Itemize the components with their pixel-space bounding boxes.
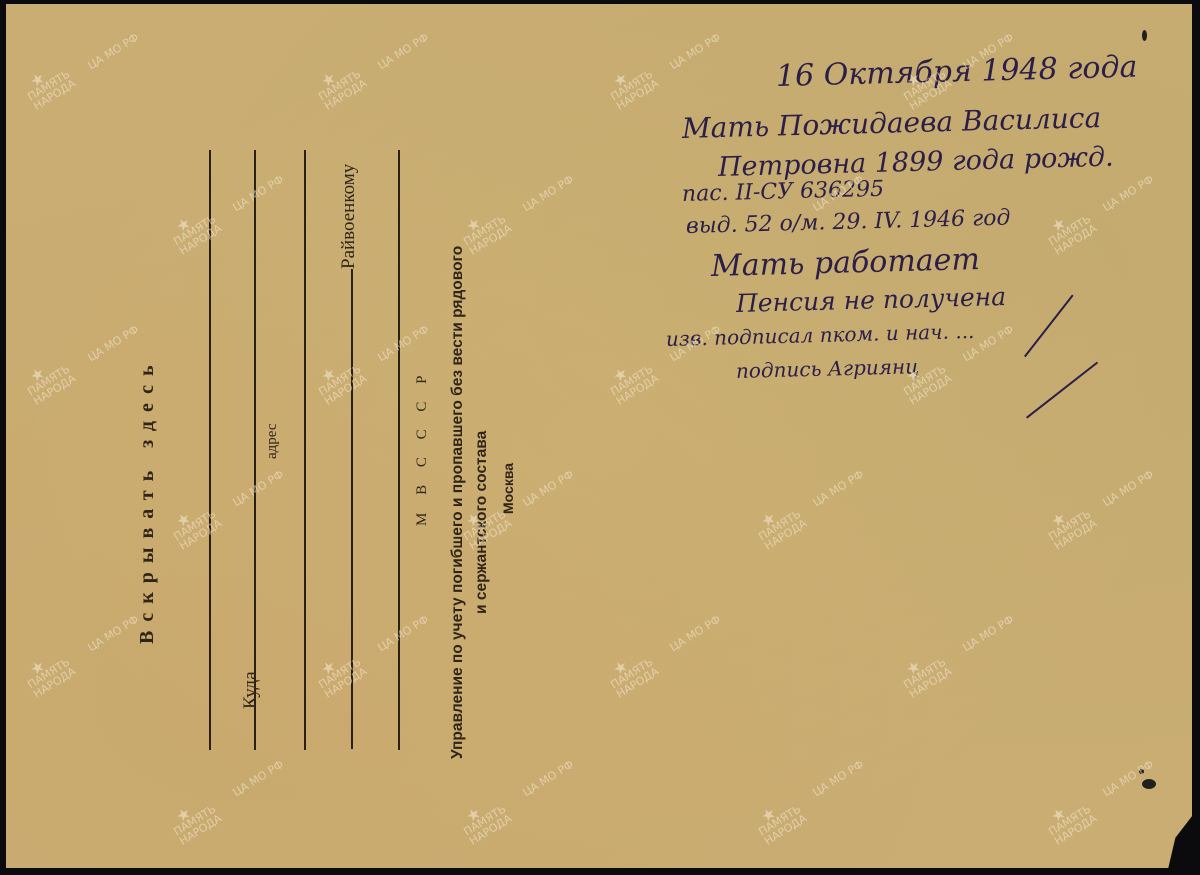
- watermark-project: ★ ПАМЯТЬ НАРОДА: [166, 794, 224, 847]
- watermark-archive: ЦА МО РФ: [961, 614, 1015, 654]
- handwritten-line-4: пас. II-СУ 636295: [682, 177, 885, 207]
- watermark-project: ★ ПАМЯТЬ НАРОДА: [20, 647, 78, 700]
- watermark-archive: ЦА МО РФ: [86, 614, 140, 654]
- ink-spot: [1139, 769, 1144, 774]
- watermark-archive: ЦА МО РФ: [811, 469, 865, 509]
- watermark-project: ★ ПАМЯТЬ НАРОДА: [311, 354, 369, 407]
- watermark-project: ★ ПАМЯТЬ НАРОДА: [20, 59, 78, 112]
- star-icon: ★: [28, 354, 65, 383]
- star-icon: ★: [319, 59, 356, 88]
- handwritten-line-5: выд. 52 о/м. 29. IV. 1946 год: [686, 206, 1011, 239]
- star-icon: ★: [611, 354, 648, 383]
- watermark-project: ★ ПАМЯТЬ НАРОДА: [603, 59, 661, 112]
- watermark-archive: ЦА МО РФ: [811, 759, 865, 799]
- watermark-project: ★ ПАМЯТЬ НАРОДА: [751, 499, 809, 552]
- signature-flourish: [1024, 295, 1074, 358]
- address-line-2: [254, 150, 256, 750]
- address-line-5: [398, 150, 400, 750]
- star-icon: ★: [1049, 204, 1086, 233]
- watermark-archive: ЦА МО РФ: [1101, 469, 1155, 509]
- watermark-archive: ЦА МО РФ: [521, 174, 575, 214]
- star-icon: ★: [464, 794, 501, 823]
- star-icon: ★: [904, 647, 941, 676]
- signature-underline: [1026, 362, 1098, 419]
- watermark-archive: ЦА МО РФ: [521, 469, 575, 509]
- handwritten-line-2: Мать Пожидаева Василиса: [682, 101, 1102, 145]
- watermark-project: ★ ПАМЯТЬ НАРОДА: [456, 794, 514, 847]
- handwritten-line-date: 16 Октября 1948 года: [776, 50, 1138, 94]
- address-line-1: [209, 150, 211, 750]
- star-icon: ★: [174, 794, 211, 823]
- handwritten-line-6: Мать работает: [711, 242, 981, 284]
- watermark-project: ★ ПАМЯТЬ НАРОДА: [603, 354, 661, 407]
- city-label: Москва: [500, 463, 516, 514]
- handwritten-signature-line: подпись Агриянц: [736, 354, 920, 383]
- watermark-project: ★ ПАМЯТЬ НАРОДА: [751, 794, 809, 847]
- handwritten-line-8: изв. подписал пком. и нач. ...: [666, 319, 975, 351]
- address-line-4: [351, 269, 353, 749]
- handwritten-line-7: Пенсия не получена: [736, 282, 1007, 318]
- star-icon: ★: [174, 204, 211, 233]
- to-label: Куда: [240, 671, 262, 709]
- star-icon: ★: [1049, 794, 1086, 823]
- handwritten-line-3: Петровна 1899 года рожд.: [718, 142, 1114, 183]
- watermark-archive: ЦА МО РФ: [1101, 174, 1155, 214]
- address-label: адрес: [264, 424, 281, 459]
- watermark-project: ★ ПАМЯТЬ НАРОДА: [1041, 499, 1099, 552]
- watermark-archive: ЦА МО РФ: [231, 174, 285, 214]
- ministry-label: М В С С С Р: [414, 369, 431, 526]
- watermark-project: ★ ПАМЯТЬ НАРОДА: [603, 647, 661, 700]
- star-icon: ★: [1049, 499, 1086, 528]
- ink-spot: [1142, 30, 1147, 41]
- watermark-project: ★ ПАМЯТЬ НАРОДА: [311, 59, 369, 112]
- watermark-project: ★ ПАМЯТЬ НАРОДА: [896, 647, 954, 700]
- star-icon: ★: [759, 499, 796, 528]
- watermark-project: ★ ПАМЯТЬ НАРОДА: [311, 647, 369, 700]
- watermark-project: ★ ПАМЯТЬ НАРОДА: [1041, 204, 1099, 257]
- watermark-archive: ЦА МО РФ: [376, 614, 430, 654]
- ink-spot: [1142, 779, 1156, 789]
- star-icon: ★: [28, 59, 65, 88]
- watermark-archive: ЦА МО РФ: [231, 469, 285, 509]
- star-icon: ★: [174, 499, 211, 528]
- watermark-project: ★ ПАМЯТЬ НАРОДА: [1041, 794, 1099, 847]
- department-line-1: Управление по учету погибшего и пропавше…: [449, 246, 467, 759]
- star-icon: ★: [611, 59, 648, 88]
- department-line-2: и сержантского состава: [473, 431, 491, 614]
- watermark-archive: ЦА МО РФ: [376, 32, 430, 72]
- watermark-archive: ЦА МО РФ: [521, 759, 575, 799]
- watermark-archive: ЦА МО РФ: [376, 324, 430, 364]
- watermark-archive: ЦА МО РФ: [668, 614, 722, 654]
- watermark-project: ★ ПАМЯТЬ НАРОДА: [166, 204, 224, 257]
- star-icon: ★: [464, 204, 501, 233]
- watermark-project: ★ ПАМЯТЬ НАРОДА: [20, 354, 78, 407]
- star-icon: ★: [611, 647, 648, 676]
- watermark-archive: ЦА МО РФ: [86, 324, 140, 364]
- recipient-label: Райвоенкому: [338, 164, 360, 269]
- watermark-archive: ЦА МО РФ: [231, 759, 285, 799]
- document-sheet: Вскрывать здесь Куда адрес Райвоенкому М…: [6, 4, 1192, 868]
- open-here-label: Вскрывать здесь: [136, 356, 159, 644]
- watermark-archive: ЦА МО РФ: [668, 32, 722, 72]
- star-icon: ★: [28, 647, 65, 676]
- watermark-project: ★ ПАМЯТЬ НАРОДА: [166, 499, 224, 552]
- address-line-3: [304, 150, 306, 750]
- star-icon: ★: [759, 794, 796, 823]
- watermark-archive: ЦА МО РФ: [86, 32, 140, 72]
